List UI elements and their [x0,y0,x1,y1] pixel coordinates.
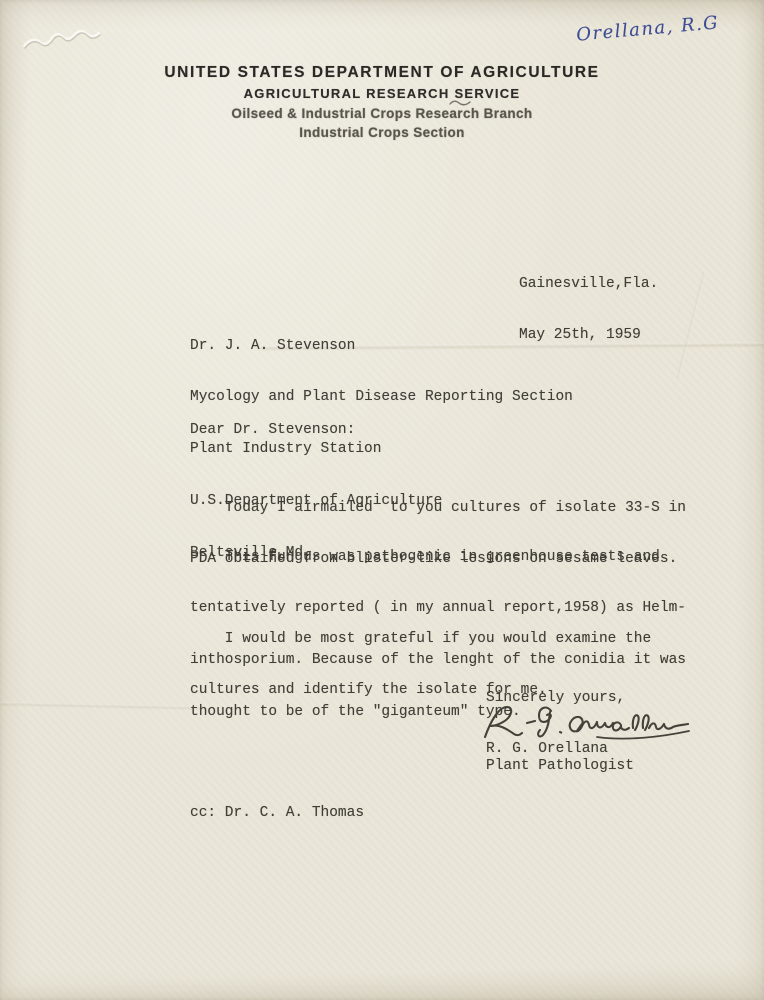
letterhead-stamp-section: Industrial Crops Section [0,125,764,140]
cc-line: cc: Dr. C. A. Thomas [190,805,364,822]
paper-crease [677,271,707,378]
recipient-name: Dr. J. A. Stevenson [190,338,573,355]
recipient-section: Mycology and Plant Disease Reporting Sec… [190,389,573,406]
salutation: Dear Dr. Stevenson: [190,422,355,439]
body-line: I would be most grateful if you would ex… [190,631,651,648]
letterhead-service: AGRICULTURAL RESEARCH SERVICE [0,86,764,101]
signed-name: R. G. Orellana [486,741,608,758]
embossed-mark [18,20,114,54]
letterhead-stamp-branch: Oilseed & Industrial Crops Research Bran… [0,106,764,121]
recipient-station: Plant Industry Station [190,441,573,458]
letter-page: Orellana, R.G UNITED STATES DEPARTMENT O… [0,0,764,1000]
signature-text: R. G. Orellana [0,0,1,1]
signed-title: Plant Pathologist [486,758,634,775]
letterhead-department: UNITED STATES DEPARTMENT OF AGRICULTURE [0,64,764,82]
body-line: This fungus was pathogenic in greenhouse… [190,549,686,566]
handwritten-signature [481,701,693,745]
paper-crease [0,702,200,710]
handwritten-annotation: Orellana, R.G [575,7,764,45]
dateline-place: Gainesville,Fla. [519,276,658,293]
